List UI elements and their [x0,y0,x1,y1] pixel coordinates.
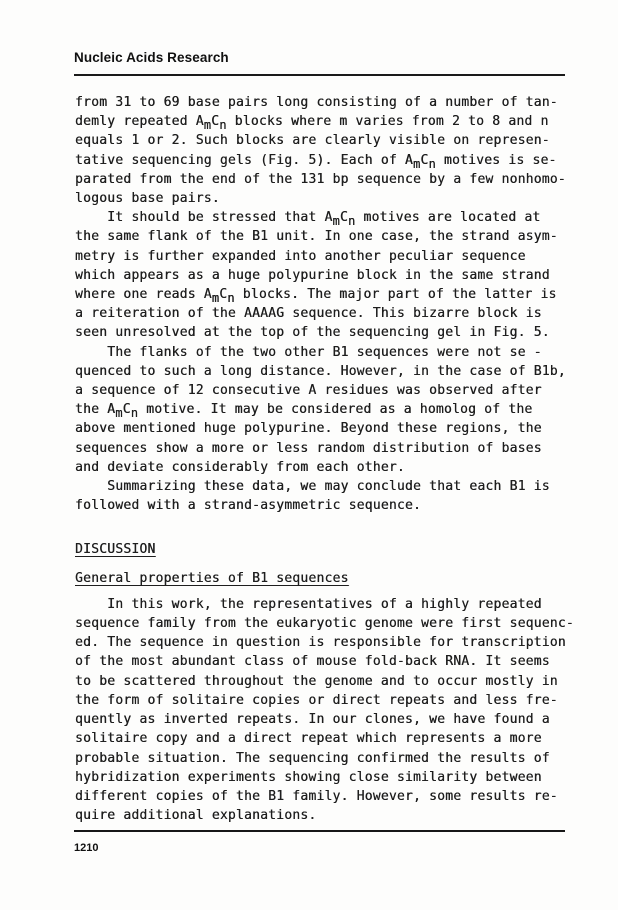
discussion-heading: DISCUSSION [75,540,573,559]
text-line: The flanks of the two other B1 sequences… [75,343,573,362]
text-line: the AmCn motive. It may be considered as… [75,400,573,419]
text-line: from 31 to 69 base pairs long consisting… [75,93,573,112]
footer-rule [74,830,565,832]
text-line: probable situation. The sequencing confi… [75,749,573,768]
text-line: solitaire copy and a direct repeat which… [75,729,573,748]
text-line: ed. The sequence in question is responsi… [75,633,573,652]
text-line: equals 1 or 2. Such blocks are clearly v… [75,131,573,150]
text-line: quenced to such a long distance. However… [75,362,573,381]
text-line: In this work, the representatives of a h… [75,595,573,614]
text-line: tative sequencing gels (Fig. 5). Each of… [75,151,573,170]
text-line: where one reads AmCn blocks. The major p… [75,285,573,304]
paragraph-continued: from 31 to 69 base pairs long consisting… [75,93,573,208]
text-line: demly repeated AmCn blocks where m varie… [75,112,573,131]
header-rule [74,74,565,76]
text-line: It should be stressed that AmCn motives … [75,208,573,227]
text-line: logous base pairs. [75,189,573,208]
text-line: a reiteration of the AAAAG sequence. Thi… [75,304,573,323]
text-line: the form of solitaire copies or direct r… [75,691,573,710]
paragraph-general: In this work, the representatives of a h… [75,595,573,825]
scanned-paper-page: Nucleic Acids Research from 31 to 69 bas… [0,0,618,910]
paragraph-stressed: It should be stressed that AmCn motives … [75,208,573,342]
text-line: sequences show a more or less random dis… [75,439,573,458]
journal-title: Nucleic Acids Research [74,50,229,65]
text-line: followed with a strand-asymmetric sequen… [75,496,573,515]
text-line: which appears as a huge polypurine block… [75,266,573,285]
text-line: quire additional explanations. [75,806,573,825]
text-line: and deviate considerably from each other… [75,458,573,477]
paragraph-summary: Summarizing these data, we may conclude … [75,477,573,515]
page-number: 1210 [74,842,98,854]
text-line: a sequence of 12 consecutive A residues … [75,381,573,400]
text-line: above mentioned huge polypurine. Beyond … [75,419,573,438]
text-line: parated from the end of the 131 bp seque… [75,170,573,189]
text-line: the same flank of the B1 unit. In one ca… [75,227,573,246]
text-line: hybridization experiments showing close … [75,768,573,787]
text-line: of the most abundant class of mouse fold… [75,652,573,671]
text-line: quently as inverted repeats. In our clon… [75,710,573,729]
text-line: sequence family from the eukaryotic geno… [75,614,573,633]
text-line: to be scattered throughout the genome an… [75,672,573,691]
general-properties-subheading: General properties of B1 sequences [75,569,573,588]
text-line: Summarizing these data, we may conclude … [75,477,573,496]
text-line: different copies of the B1 family. Howev… [75,787,573,806]
article-body: from 31 to 69 base pairs long consisting… [75,93,573,825]
text-line: metry is further expanded into another p… [75,247,573,266]
text-line: seen unresolved at the top of the sequen… [75,323,573,342]
paragraph-flanks: The flanks of the two other B1 sequences… [75,343,573,477]
